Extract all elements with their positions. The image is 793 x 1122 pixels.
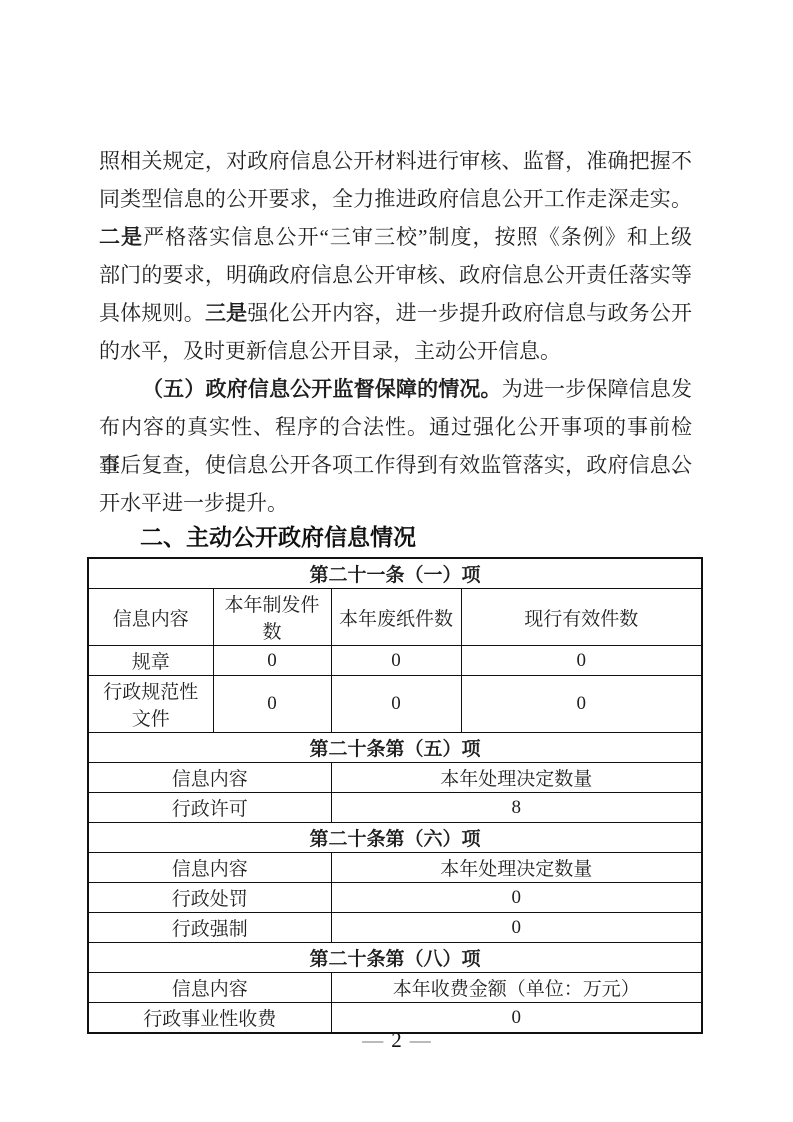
table-row: 行政强制 0 (88, 913, 702, 943)
body-text: 部门的要求，明确政府信息公开审核、政府信息公开责任落实等 (99, 263, 692, 287)
body-text: 强化公开内容，进一步提升政府信息与政务公开 (247, 301, 692, 325)
table-cell: 行政强制 (88, 913, 331, 943)
table-section-title: 第二十一条（一）项 (88, 558, 702, 589)
body-text-line: 具体规则。三是强化公开内容，进一步提升政府信息与政务公开 (99, 294, 692, 332)
table-header-cell: 本年制发件数 (213, 589, 331, 646)
page-content: 照相关规定，对政府信息公开材料进行审核、监督，准确把握不 同类型信息的公开要求，… (99, 142, 692, 1034)
body-text-line: 的水平，及时更新信息公开目录，主动公开信息。 (99, 332, 692, 370)
body-text: 的水平，及时更新信息公开目录，主动公开信息。 (99, 339, 561, 363)
body-text: 严格落实信息公开“三审三校”制度，按照《条例》和上级 (143, 225, 692, 249)
table-header-cell: 信息内容 (88, 763, 331, 793)
table-row: 行政规范性文件 0 0 0 (88, 676, 702, 733)
table-cell: 规章 (88, 646, 213, 676)
table-header-row: 信息内容 本年制发件数 本年废纸件数 现行有效件数 (88, 589, 702, 646)
table-header-row: 信息内容 本年处理决定数量 (88, 853, 702, 883)
table-header-row: 信息内容 本年处理决定数量 (88, 763, 702, 793)
table-section-title: 第二十条第（六）项 (88, 823, 702, 853)
table-section-title-row: 第二十条第（六）项 (88, 823, 702, 853)
table-cell: 0 (461, 676, 702, 733)
table-cell: 0 (461, 646, 702, 676)
footer-dash-right: — (410, 1028, 431, 1052)
table-header-cell: 现行有效件数 (461, 589, 702, 646)
table-header-cell: 信息内容 (88, 973, 331, 1003)
table-cell: 0 (331, 676, 461, 733)
table-header-cell: 信息内容 (88, 589, 213, 646)
body-text: 同类型信息的公开要求，全力推进政府信息公开工作走深走实。 (99, 187, 692, 211)
body-text-line: 同类型信息的公开要求，全力推进政府信息公开工作走深走实。 (99, 180, 692, 218)
table-section-title-row: 第二十一条（一）项 (88, 558, 702, 589)
table-cell: 行政许可 (88, 793, 331, 823)
table-section-title: 第二十条第（五）项 (88, 733, 702, 763)
table-header-cell: 本年处理决定数量 (331, 763, 702, 793)
page-footer: —2— (0, 1028, 793, 1053)
body-text-bold: 二是 (99, 225, 143, 249)
table-section-title-row: 第二十条第（八）项 (88, 943, 702, 973)
body-text: 开水平进一步提升。 (99, 491, 288, 515)
footer-dash-left: — (362, 1028, 383, 1052)
table-header-row: 信息内容 本年收费金额（单位：万元） (88, 973, 702, 1003)
table-cell: 0 (331, 883, 702, 913)
section-heading: 二、主动公开政府信息情况 (99, 522, 692, 555)
body-text-line: 部门的要求，明确政府信息公开审核、政府信息公开责任落实等 (99, 256, 692, 294)
body-text-bold: 三是 (205, 301, 247, 325)
disclosure-table: 第二十一条（一）项 信息内容 本年制发件数 本年废纸件数 现行有效件数 规章 0… (87, 557, 703, 1034)
table-cell: 0 (213, 646, 331, 676)
table-cell: 0 (213, 676, 331, 733)
table-cell: 行政规范性文件 (88, 676, 213, 733)
table-header-cell: 本年收费金额（单位：万元） (331, 973, 702, 1003)
body-text-line: （五）政府信息公开监督保障的情况。为进一步保障信息发 (99, 370, 692, 408)
table-cell: 行政处罚 (88, 883, 331, 913)
body-text-line: 布内容的真实性、程序的合法性。通过强化公开事项的事前检查、 (99, 408, 692, 446)
table-header-cell: 本年废纸件数 (331, 589, 461, 646)
body-text: 具体规则。 (99, 301, 205, 325)
body-text-line: 事后复查，使信息公开各项工作得到有效监管落实，政府信息公 (99, 446, 692, 484)
page-number: 2 (391, 1028, 402, 1052)
table-section-title: 第二十条第（八）项 (88, 943, 702, 973)
document-page: 照相关规定，对政府信息公开材料进行审核、监督，准确把握不 同类型信息的公开要求，… (0, 0, 793, 1122)
table-row: 行政许可 8 (88, 793, 702, 823)
table-cell: 0 (331, 913, 702, 943)
table-row: 行政处罚 0 (88, 883, 702, 913)
body-text-bold: （五）政府信息公开监督保障的情况。 (142, 377, 502, 401)
body-text: 照相关规定，对政府信息公开材料进行审核、监督，准确把握不 (99, 149, 692, 173)
table-header-cell: 信息内容 (88, 853, 331, 883)
body-text: 事后复查，使信息公开各项工作得到有效监管落实，政府信息公 (99, 453, 692, 477)
table-cell: 8 (331, 793, 702, 823)
table-section-title-row: 第二十条第（五）项 (88, 733, 702, 763)
body-text-line: 照相关规定，对政府信息公开材料进行审核、监督，准确把握不 (99, 142, 692, 180)
table-row: 规章 0 0 0 (88, 646, 702, 676)
body-text-line: 二是严格落实信息公开“三审三校”制度，按照《条例》和上级 (99, 218, 692, 256)
table-header-cell: 本年处理决定数量 (331, 853, 702, 883)
body-text-line: 开水平进一步提升。 (99, 484, 692, 522)
body-text: 为进一步保障信息发 (502, 377, 692, 401)
table-cell: 0 (331, 646, 461, 676)
